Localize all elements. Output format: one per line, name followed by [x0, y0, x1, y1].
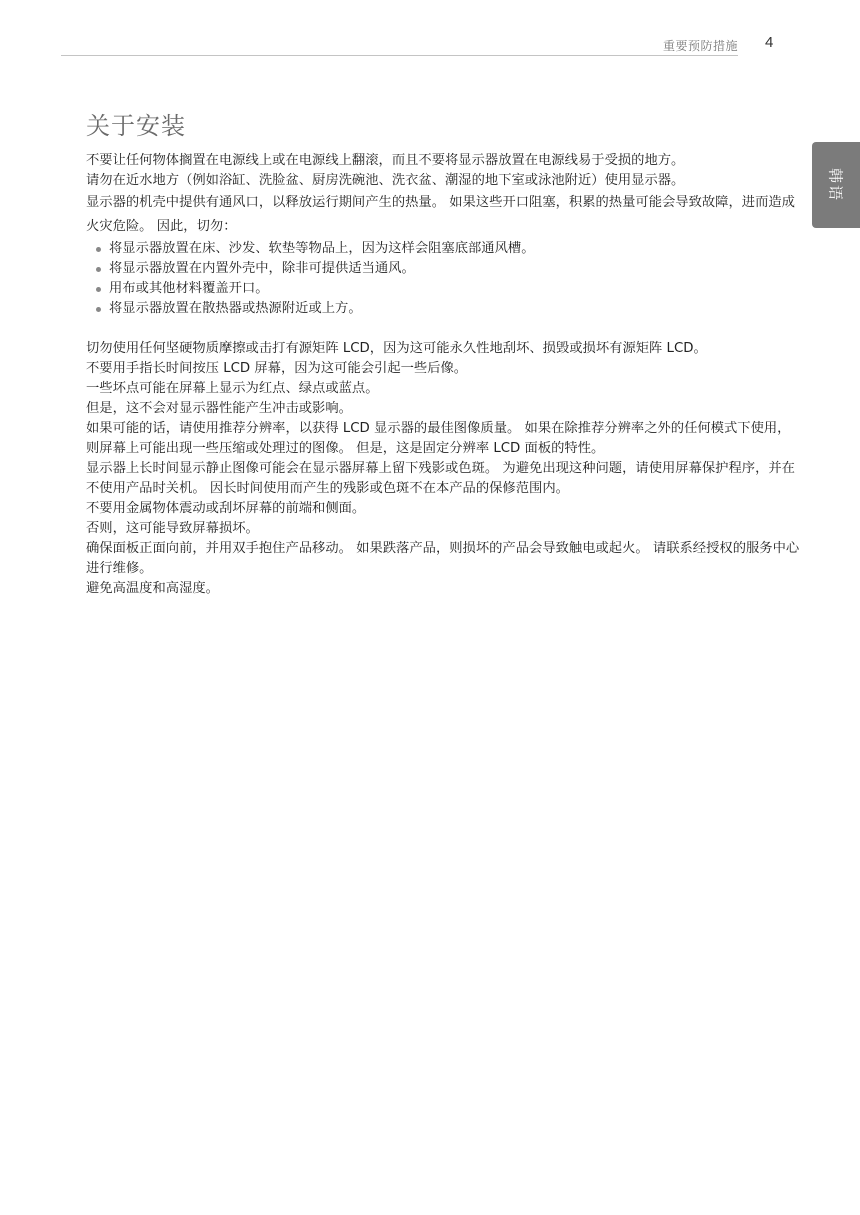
intro-paragraph: 显示器的机壳中提供有通风口，以释放运行期间产生的热量。 如果这些开口阻塞，积累的…: [86, 191, 800, 239]
language-tab-label: 韩语: [826, 168, 847, 202]
body-paragraph: 但是，这不会对显示器性能产生冲击或影响。: [86, 399, 800, 419]
language-tab[interactable]: 韩语: [812, 142, 860, 228]
header-section-title: 重要预防措施: [663, 37, 738, 54]
body-paragraph: 一些坏点可能在屏幕上显示为红点、绿点或蓝点。: [86, 379, 800, 399]
body-paragraph: 否则，这可能导致屏幕损坏。: [86, 519, 800, 539]
body-paragraph: 如果可能的话，请使用推荐分辨率，以获得 LCD 显示器的最佳图像质量。 如果在除…: [86, 419, 800, 459]
body-paragraph: 避免高温度和高湿度。: [86, 579, 800, 599]
document-body: 不要让任何物体搁置在电源线上或在电源线上翻滚，而且不要将显示器放置在电源线易于受…: [86, 151, 800, 599]
page-title: 关于安装: [86, 106, 186, 141]
page-number: 4: [765, 34, 773, 51]
intro-paragraph: 不要让任何物体搁置在电源线上或在电源线上翻滚，而且不要将显示器放置在电源线易于受…: [86, 151, 800, 171]
list-item: 将显示器放置在内置外壳中，除非可提供适当通风。: [96, 259, 800, 279]
header-rule: [61, 55, 738, 56]
body-paragraph: 确保面板正面向前，并用双手抱住产品移动。 如果跌落产品，则损坏的产品会导致触电或…: [86, 539, 800, 579]
spacer: [86, 319, 800, 339]
body-paragraph: 不要用手指长时间按压 LCD 屏幕，因为这可能会引起一些后像。: [86, 359, 800, 379]
list-item: 将显示器放置在床、沙发、软垫等物品上，因为这样会阻塞底部通风槽。: [96, 239, 800, 259]
body-paragraph: 显示器上长时间显示静止图像可能会在显示器屏幕上留下残影或色斑。 为避免出现这种问…: [86, 459, 800, 499]
list-item: 将显示器放置在散热器或热源附近或上方。: [96, 299, 800, 319]
intro-paragraph: 请勿在近水地方（例如浴缸、洗脸盆、厨房洗碗池、洗衣盆、潮湿的地下室或泳池附近）使…: [86, 171, 800, 191]
body-paragraph: 不要用金属物体震动或刮坏屏幕的前端和侧面。: [86, 499, 800, 519]
body-paragraph: 切勿使用任何坚硬物质摩擦或击打有源矩阵 LCD，因为这可能永久性地刮坏、损毁或损…: [86, 339, 800, 359]
list-item: 用布或其他材料覆盖开口。: [96, 279, 800, 299]
warning-list: 将显示器放置在床、沙发、软垫等物品上，因为这样会阻塞底部通风槽。 将显示器放置在…: [86, 239, 800, 319]
